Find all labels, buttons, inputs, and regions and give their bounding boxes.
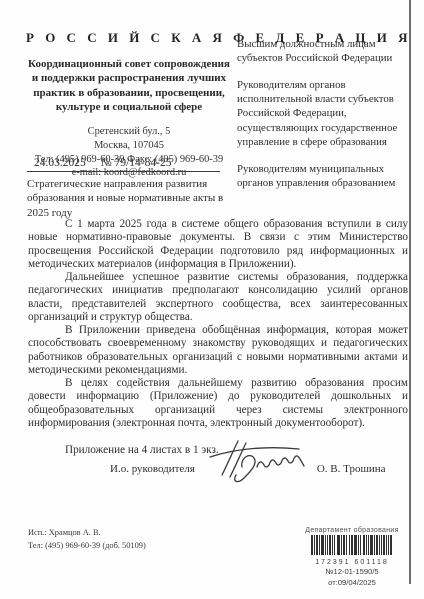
- reference-line: 24.03.2025 № 79/14-84-25: [27, 157, 220, 172]
- signer-name: О. В. Трошина: [317, 463, 386, 475]
- address-city: Москва, 107045: [26, 139, 232, 153]
- scanned-letter-page: Р О С С И Й С К А Я Ф Е Д Е Р А Ц И Я Ко…: [0, 0, 424, 599]
- letter-body: С 1 марта 2025 года в системе общего обр…: [28, 218, 408, 458]
- country-title: Р О С С И Й С К А Я Ф Е Д Е Р А Ц И Я: [26, 30, 232, 46]
- recipient-item: Руководителям муниципальных органов упра…: [237, 162, 413, 191]
- stamp-registration-number: №12-01-1590/5: [296, 567, 408, 576]
- barcode: [296, 535, 408, 560]
- organization-name: Координационный совет сопровождения и по…: [26, 57, 232, 114]
- handwritten-signature: [207, 438, 313, 491]
- executor-footer: Исп.: Храмцов А. В. Тел: (495) 969-60-39…: [28, 527, 146, 552]
- barcode-digits: 172391 601118: [296, 559, 408, 566]
- stamp-department-label: Департамент образования: [296, 527, 408, 534]
- body-paragraph: Дальнейшее успешное развитие системы обр…: [28, 271, 408, 324]
- signer-position: И.о. руководителя: [110, 463, 195, 475]
- executor-name: Исп.: Храмцов А. В.: [28, 527, 146, 540]
- address-street: Сретенский бул., 5: [26, 125, 232, 139]
- executor-phone: Тел: (495) 969-60-39 (доб. 50109): [28, 540, 146, 553]
- body-paragraph: В целях содействия дальнейшему развитию …: [28, 377, 408, 430]
- letter-subject: Стратегические направления развития обра…: [27, 177, 239, 220]
- recipient-item: Высшим должностным лицам субъектов Росси…: [237, 37, 413, 66]
- recipient-item: Руководителям органов исполнительной вла…: [237, 78, 413, 150]
- body-paragraph: С 1 марта 2025 года в системе общего обр…: [28, 218, 408, 271]
- body-paragraph: В Приложении приведена обобщённая информ…: [28, 324, 408, 377]
- letter-date: 24.03.2025: [34, 157, 86, 169]
- letter-number: № 79/14-84-25: [101, 157, 172, 169]
- stamp-registration-date: от:09/04/2025: [296, 578, 408, 587]
- recipients-block: Высшим должностным лицам субъектов Росси…: [237, 37, 413, 202]
- registration-stamp: Департамент образования: [296, 527, 408, 587]
- signature-block: И.о. руководителя О. В. Трошина: [28, 446, 408, 491]
